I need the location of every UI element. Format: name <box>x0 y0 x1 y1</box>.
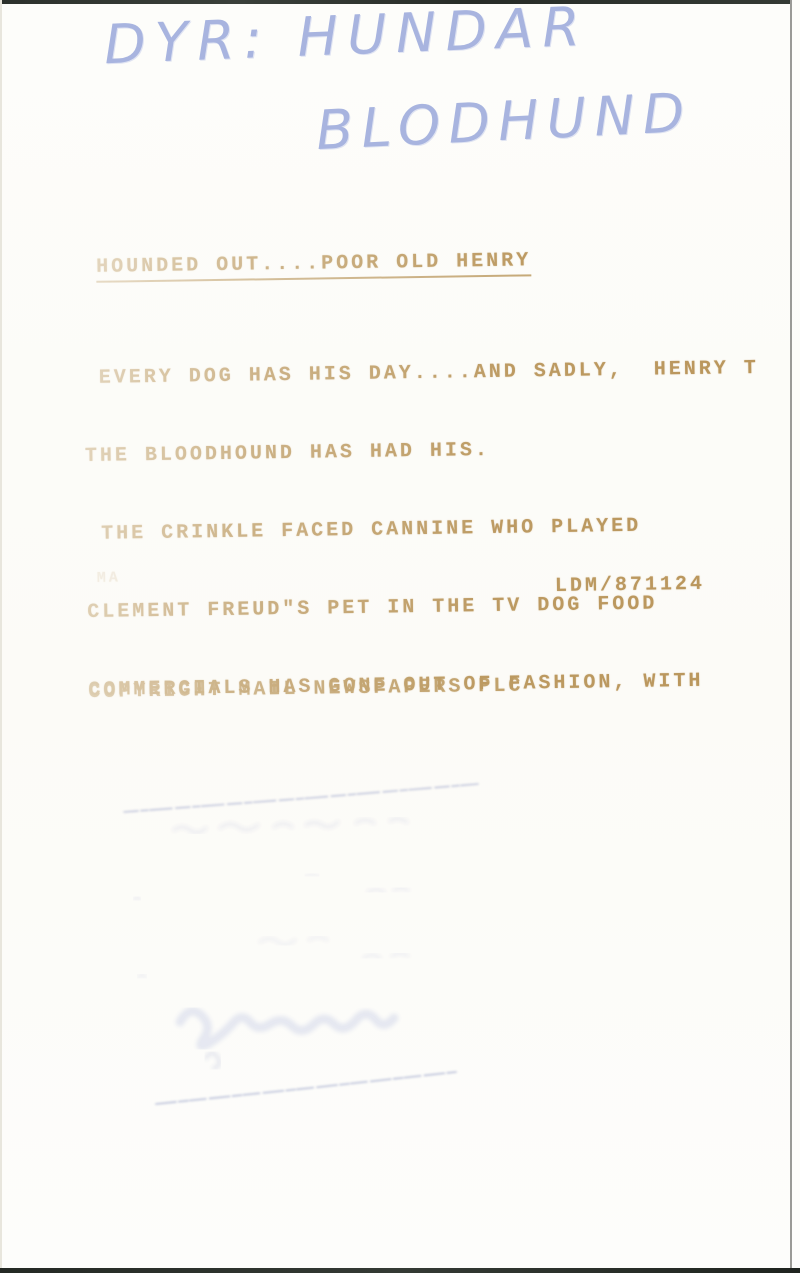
press-photo-back: DYR: HUNDAR BLODHUND HOUNDED OUT....POOR… <box>0 0 800 1273</box>
photo-bottom-edge <box>0 1268 800 1273</box>
agency-mark: MA <box>97 569 121 586</box>
caption-line: THE BLOODHOUND HAS HAD HIS. <box>85 434 791 470</box>
photo-left-edge <box>0 0 2 1273</box>
copyright-line: COPYRIGHT MAIL NEWSPAPERS PLC <box>88 672 598 706</box>
reference-number: LDM/871124 <box>555 573 705 598</box>
typed-caption-block: HOUNDED OUT....POOR OLD HENRY EVERY DOG … <box>82 246 795 736</box>
caption-line: EVERY DOG HAS HIS DAY....AND SADLY, HENR… <box>84 356 790 392</box>
caption-line: THE CRINKLE FACED CANNINE WHO PLAYED <box>86 511 792 547</box>
handwritten-note-line-1: DYR: HUNDAR <box>103 0 590 76</box>
copyright-block: COPYRIGHT MAIL NEWSPAPERS PLC PHOTO SUPP… <box>88 620 603 736</box>
handwritten-note-line-2: BLODHUND <box>315 81 694 162</box>
bleed-through-stamp <box>110 772 490 1122</box>
caption-headline-row: HOUNDED OUT....POOR OLD HENRY <box>82 246 788 282</box>
caption-headline: HOUNDED OUT....POOR OLD HENRY <box>96 249 531 282</box>
